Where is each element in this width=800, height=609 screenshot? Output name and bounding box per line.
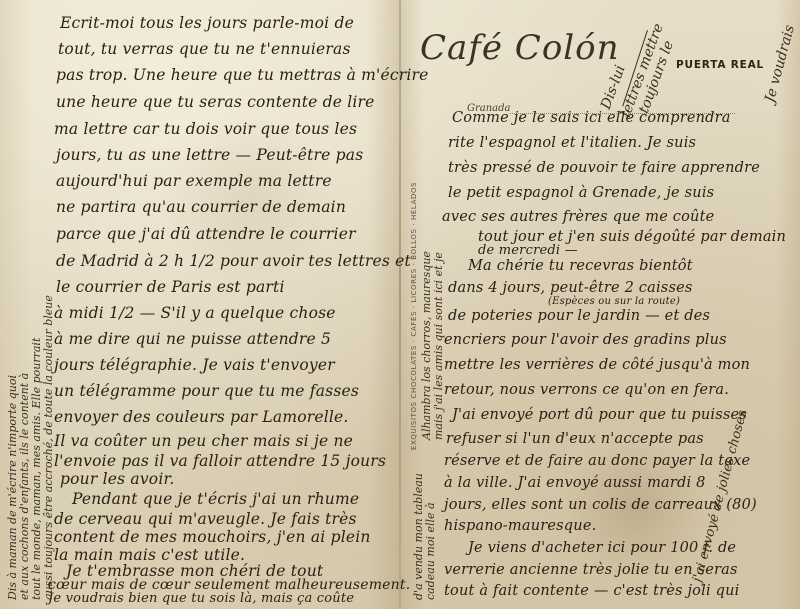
handwritten-line: de poteries pour le jardin — et des — [448, 308, 710, 324]
handwritten-line: ma lettre car tu dois voir que tous les — [54, 120, 357, 138]
handwritten-line: jours télégraphie. Je vais t'envoyer — [54, 356, 335, 374]
handwritten-line: tout à fait contente — c'est très joli q… — [444, 583, 739, 599]
fold-vertical-note: mais j'ai les amis qui sont ici et je — [432, 252, 445, 440]
handwritten-line: le courrier de Paris est parti — [56, 278, 285, 296]
handwritten-line: de mercredi — — [478, 243, 578, 258]
handwritten-line: pas trop. Une heure que tu mettras à m'é… — [56, 66, 429, 84]
handwritten-line: retour, nous verrons ce qu'on en fera. — [444, 382, 729, 398]
handwritten-line: l'envoie pas il va falloir attendre 15 j… — [54, 452, 386, 470]
handwritten-line: pour les avoir. — [60, 470, 175, 488]
handwritten-line: à la ville. J'ai envoyé aussi mardi 8 — [444, 475, 706, 491]
handwritten-line: parce que j'ai dû attendre le courrier — [56, 225, 356, 243]
handwritten-line: dans 4 jours, peut-être 2 caisses — [448, 280, 693, 296]
handwritten-line: aujourd'hui par exemple ma lettre — [56, 172, 332, 190]
handwritten-line: un télégramme pour que tu me fasses — [54, 382, 359, 400]
handwritten-line: une heure que tu seras contente de lire — [56, 93, 375, 111]
handwritten-line: jours, tu as une lettre — Peut-être pas — [56, 146, 363, 164]
handwritten-line: de Madrid à 2 h 1/2 pour avoir tes lettr… — [56, 252, 411, 270]
page-fold — [399, 0, 401, 609]
handwritten-line: tout, tu verras que tu ne t'ennuieras — [58, 40, 351, 58]
handwritten-line: Pendant que je t'écris j'ai un rhume — [72, 490, 359, 508]
handwritten-line: Je voudrais bien que tu sois là, mais ça… — [48, 591, 354, 606]
handwritten-line: refuser si l'un d'eux n'accepte pas — [446, 431, 704, 447]
handwritten-line: hispano-mauresque. — [444, 518, 596, 534]
handwritten-line: Comme je le sais ici elle comprendra — [452, 110, 731, 126]
handwritten-line: ne partira qu'au courrier de demain — [56, 198, 346, 216]
handwritten-line: le petit espagnol à Grenade, je suis — [448, 185, 714, 201]
handwritten-line: à me dire qui ne puisse attendre 5 — [54, 330, 331, 348]
letterhead-vertical-text: EXQUISITOS CHOCOLATES · CAFÉS · LICORES … — [410, 182, 418, 450]
letter-scan: Café Colón PUERTA REAL Granada EXQUISITO… — [0, 0, 800, 609]
handwritten-line: avec ses autres frères que me coûte — [442, 209, 714, 225]
handwritten-line: envoyer des couleurs par Lamorelle. — [54, 408, 349, 426]
letterhead-title: Café Colón — [420, 28, 620, 68]
letterhead-location: PUERTA REAL — [676, 59, 764, 71]
fold-vertical-note: cadeau moi elle à — [424, 502, 437, 600]
handwritten-line: content de mes mouchoirs, j'en ai plein — [54, 528, 371, 546]
handwritten-line: de cerveau qui m'aveugle. Je fais très — [54, 510, 357, 528]
handwritten-line: Il va coûter un peu cher mais si je ne — [54, 432, 353, 450]
handwritten-line: J'ai envoyé port dû pour que tu puisses — [452, 407, 747, 423]
handwritten-line: à midi 1/2 — S'il y a quelque chose — [54, 304, 336, 322]
handwritten-line: très pressé de pouvoir te faire apprendr… — [448, 160, 760, 176]
handwritten-line: encriers pour l'avoir des gradins plus — [444, 332, 727, 348]
handwritten-line: (Espèces ou sur la route) — [548, 296, 680, 307]
margin-vertical-note: aussi toujours être accroché, de toute l… — [42, 295, 55, 600]
handwritten-line: réserve et de faire au donc payer la tax… — [444, 453, 750, 469]
handwritten-line: Ma chérie tu recevras bientôt — [468, 258, 693, 274]
handwritten-line: Ecrit-moi tous les jours parle-moi de — [60, 14, 354, 32]
handwritten-line: rite l'espagnol et l'italien. Je suis — [448, 135, 696, 151]
handwritten-line: mettre les verrières de côté jusqu'à mon — [444, 357, 750, 373]
